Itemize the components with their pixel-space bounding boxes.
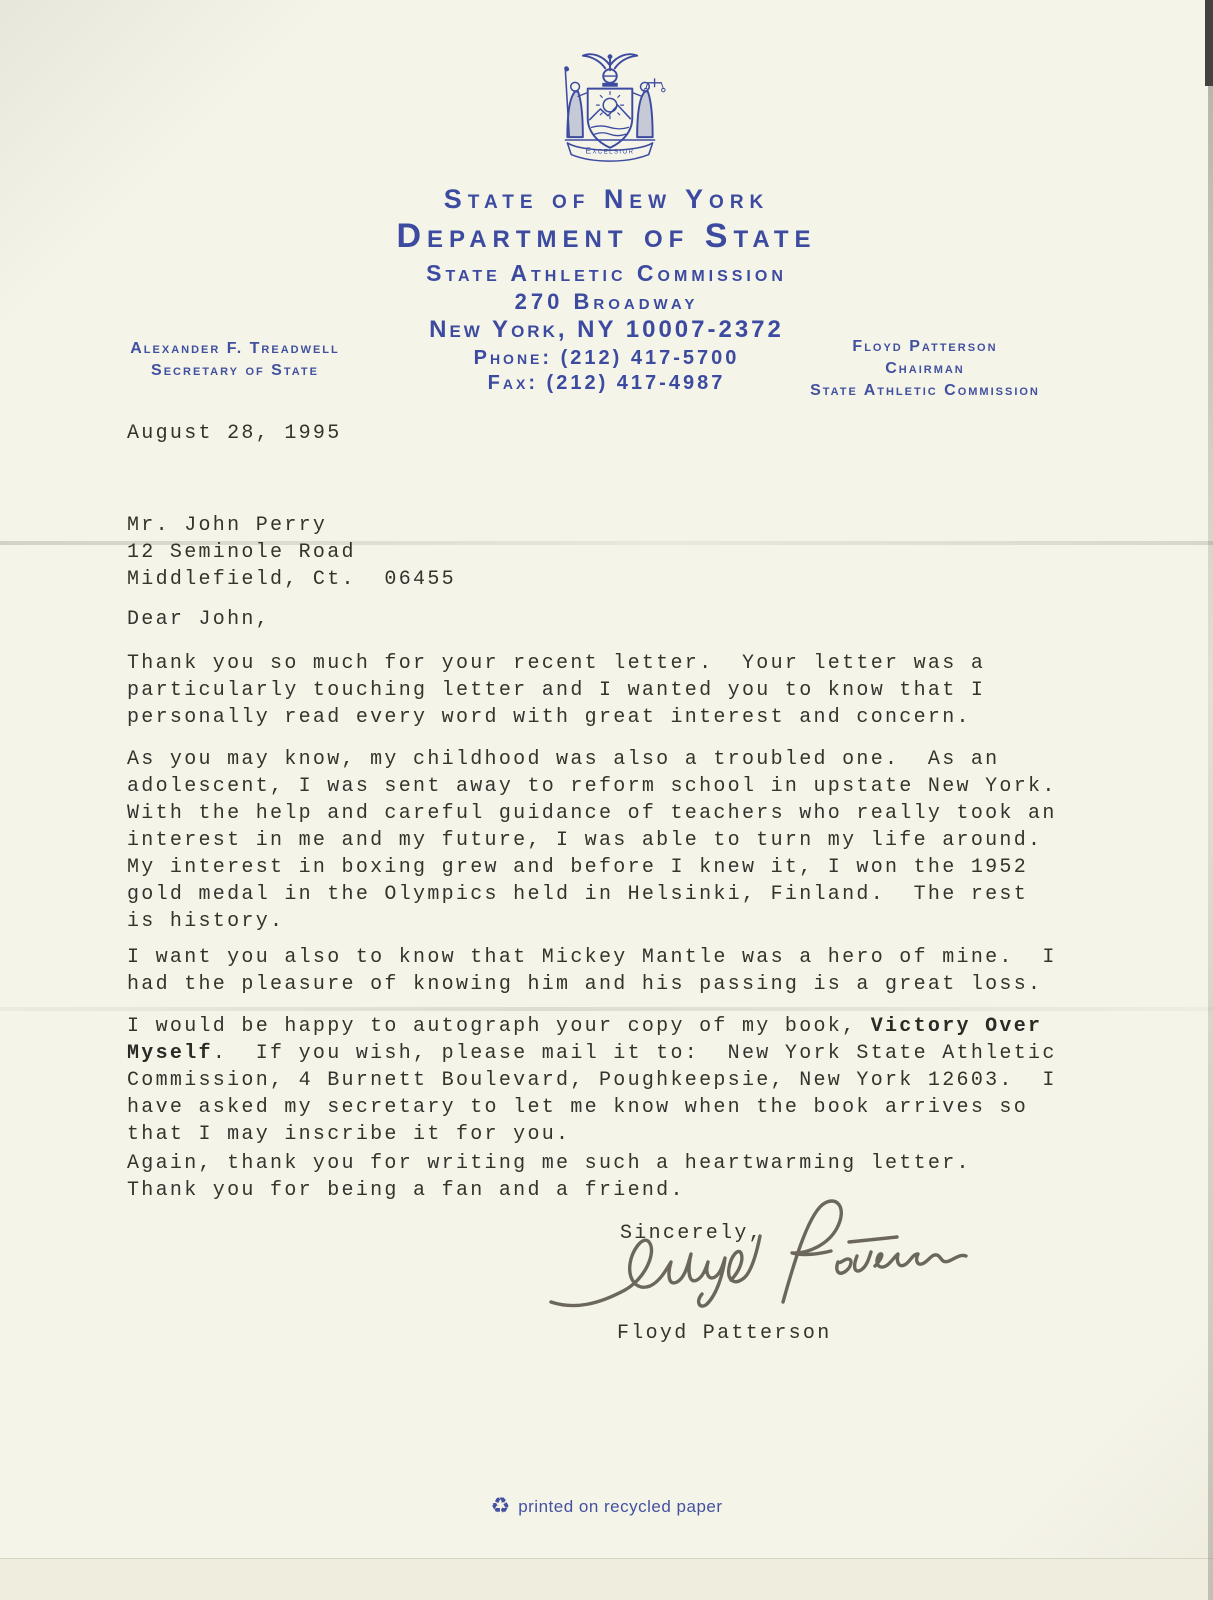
official-chairman: Floyd Patterson Chairman State Athletic … xyxy=(790,336,1060,402)
letter-paragraph-4: I would be happy to autograph your copy … xyxy=(127,1013,1127,1148)
letter-paragraph-2: As you may know, my childhood was also a… xyxy=(127,746,1127,935)
salutation: Dear John, xyxy=(127,606,270,633)
recycled-paper-text: printed on recycled paper xyxy=(518,1497,722,1517)
letterhead-department-line: Department of State xyxy=(0,217,1213,256)
letter-date: August 28, 1995 xyxy=(127,420,342,447)
recycle-icon: ♻ xyxy=(490,1496,510,1518)
official-right-name: Floyd Patterson xyxy=(790,336,1060,358)
paragraph-4-post: . If you wish, please mail it to: New Yo… xyxy=(127,1042,1057,1146)
official-right-org: State Athletic Commission xyxy=(790,380,1060,402)
official-secretary-of-state: Alexander F. Treadwell Secretary of Stat… xyxy=(110,338,360,382)
scan-edge-dark xyxy=(1205,0,1213,86)
typed-signature-name: Floyd Patterson xyxy=(617,1320,832,1347)
official-left-title: Secretary of State xyxy=(110,360,360,382)
official-right-title: Chairman xyxy=(790,358,1060,380)
paragraph-4-pre: I would be happy to autograph your copy … xyxy=(127,1015,871,1038)
letter-scan-page: Excelsior State of New York Department o… xyxy=(0,0,1213,1600)
official-left-name: Alexander F. Treadwell xyxy=(110,338,360,360)
paper-crease-middle xyxy=(0,1007,1213,1011)
letterhead-state-line: State of New York xyxy=(0,184,1213,215)
floyd-patterson-signature xyxy=(545,1196,975,1326)
footer-recycled-note: ♻ printed on recycled paper xyxy=(0,1496,1213,1518)
letter-paragraph-1: Thank you so much for your recent letter… xyxy=(127,650,1107,731)
recipient-address: Mr. John Perry 12 Seminole Road Middlefi… xyxy=(127,512,456,593)
seal-motto: Excelsior xyxy=(586,147,635,156)
letterhead-street: 270 Broadway xyxy=(0,289,1213,315)
letter-paragraph-3: I want you also to know that Mickey Mant… xyxy=(127,944,1127,998)
letterhead-commission-line: State Athletic Commission xyxy=(0,260,1213,287)
paper-fold-bottom xyxy=(0,1558,1213,1600)
new-york-state-seal-icon: Excelsior xyxy=(544,46,676,172)
